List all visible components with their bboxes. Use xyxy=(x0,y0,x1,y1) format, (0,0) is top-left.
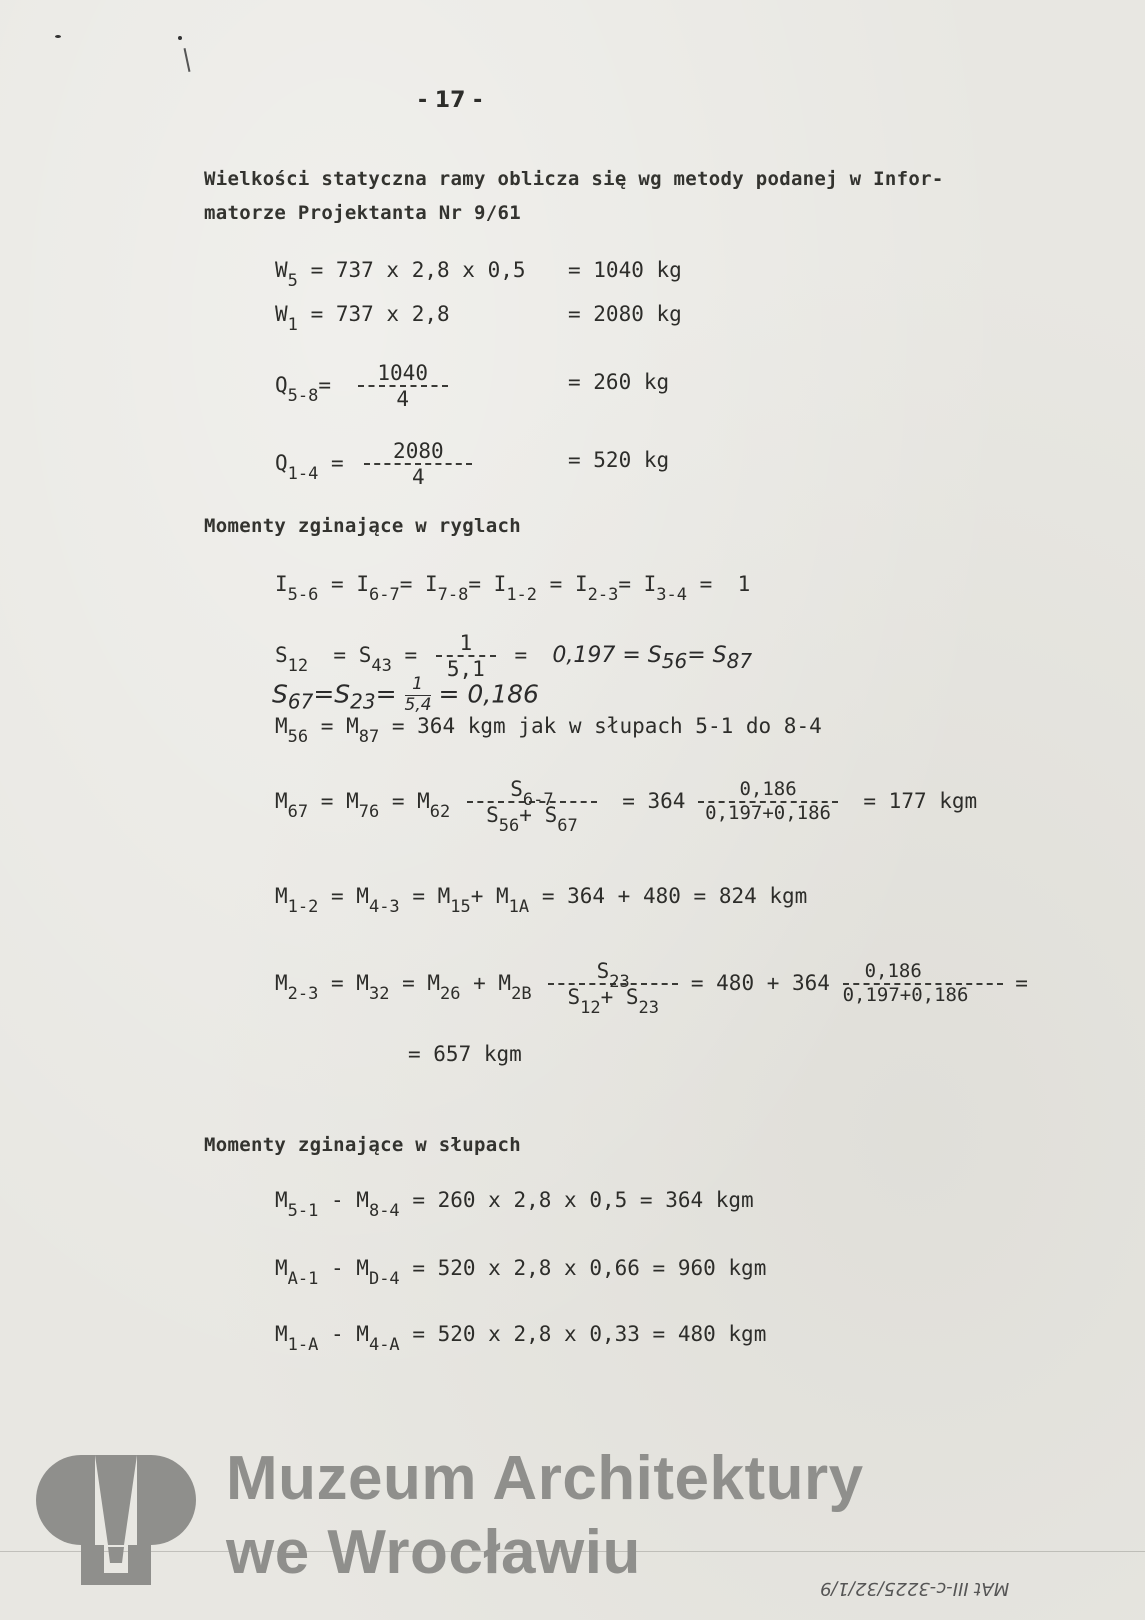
stiffness-s67-handwritten: S67=S23= 1 5,4 = 0,186 xyxy=(272,676,539,715)
load-w1: W1 = 737 x 2,8 xyxy=(275,302,450,326)
archive-signature: MAt III-c-3225/32/1/9 xyxy=(820,1578,1009,1599)
page-number: - 17 - xyxy=(418,88,482,113)
load-w5-result: = 1040 kg xyxy=(568,258,682,282)
stiffness-s12-equation: S12 = S43 = 1 5,1 = 0,197 = S56= S87 xyxy=(275,632,752,680)
column-moment-row: MA-1 - MD-4 = 520 x 2,8 x 0,66 = 960 kgm xyxy=(275,1256,766,1280)
load-q14-result: = 520 kg xyxy=(568,448,669,472)
paper-speck xyxy=(178,36,182,40)
section-heading-rygle: Momenty zginające w ryglach xyxy=(204,515,521,537)
load-w5: W5 = 737 x 2,8 x 0,5 xyxy=(275,258,526,282)
load-q58-result: = 260 kg xyxy=(568,370,669,394)
intro-line-2: matorze Projektanta Nr 9/61 xyxy=(204,202,521,224)
load-w1-result: = 2080 kg xyxy=(568,302,682,326)
paper-speck xyxy=(55,35,61,38)
load-q14: Q1-4 = 2080 4 xyxy=(275,440,472,488)
moment-m12-equation: M1-2 = M4-3 = M15+ M1A = 364 + 480 = 824… xyxy=(275,884,807,908)
moment-m23-result: = 657 kgm xyxy=(408,1042,522,1066)
load-q58: Q5-8= 1040 4 xyxy=(275,362,448,410)
inertia-equation: I5-6 = I6-7= I7-8= I1-2 = I2-3= I3-4 = 1 xyxy=(275,572,750,596)
moment-m56-line: M56 = M87 = 364 kgm jak w słupach 5-1 do… xyxy=(275,714,822,738)
column-moment-row: M5-1 - M8-4 = 260 x 2,8 x 0,5 = 364 kgm xyxy=(275,1188,754,1212)
moment-m67-equation: M67 = M76 = M62 S6-7 S56+ S67 = 364 0,18… xyxy=(275,778,977,826)
watermark-line-1: Muzeum Architektury xyxy=(226,1448,864,1510)
intro-line-1: Wielkości statyczna ramy oblicza się wg … xyxy=(204,168,944,190)
moment-m23-equation: M2-3 = M32 = M26 + M2B S23 S12+ S23 = 48… xyxy=(275,960,1028,1008)
section-heading-slupy: Momenty zginające w słupach xyxy=(204,1134,521,1156)
column-moment-row: M1-A - M4-A = 520 x 2,8 x 0,33 = 480 kgm xyxy=(275,1322,766,1346)
watermark-line-2: we Wrocławiu xyxy=(226,1522,641,1584)
muzeum-logo-icon xyxy=(36,1455,196,1585)
